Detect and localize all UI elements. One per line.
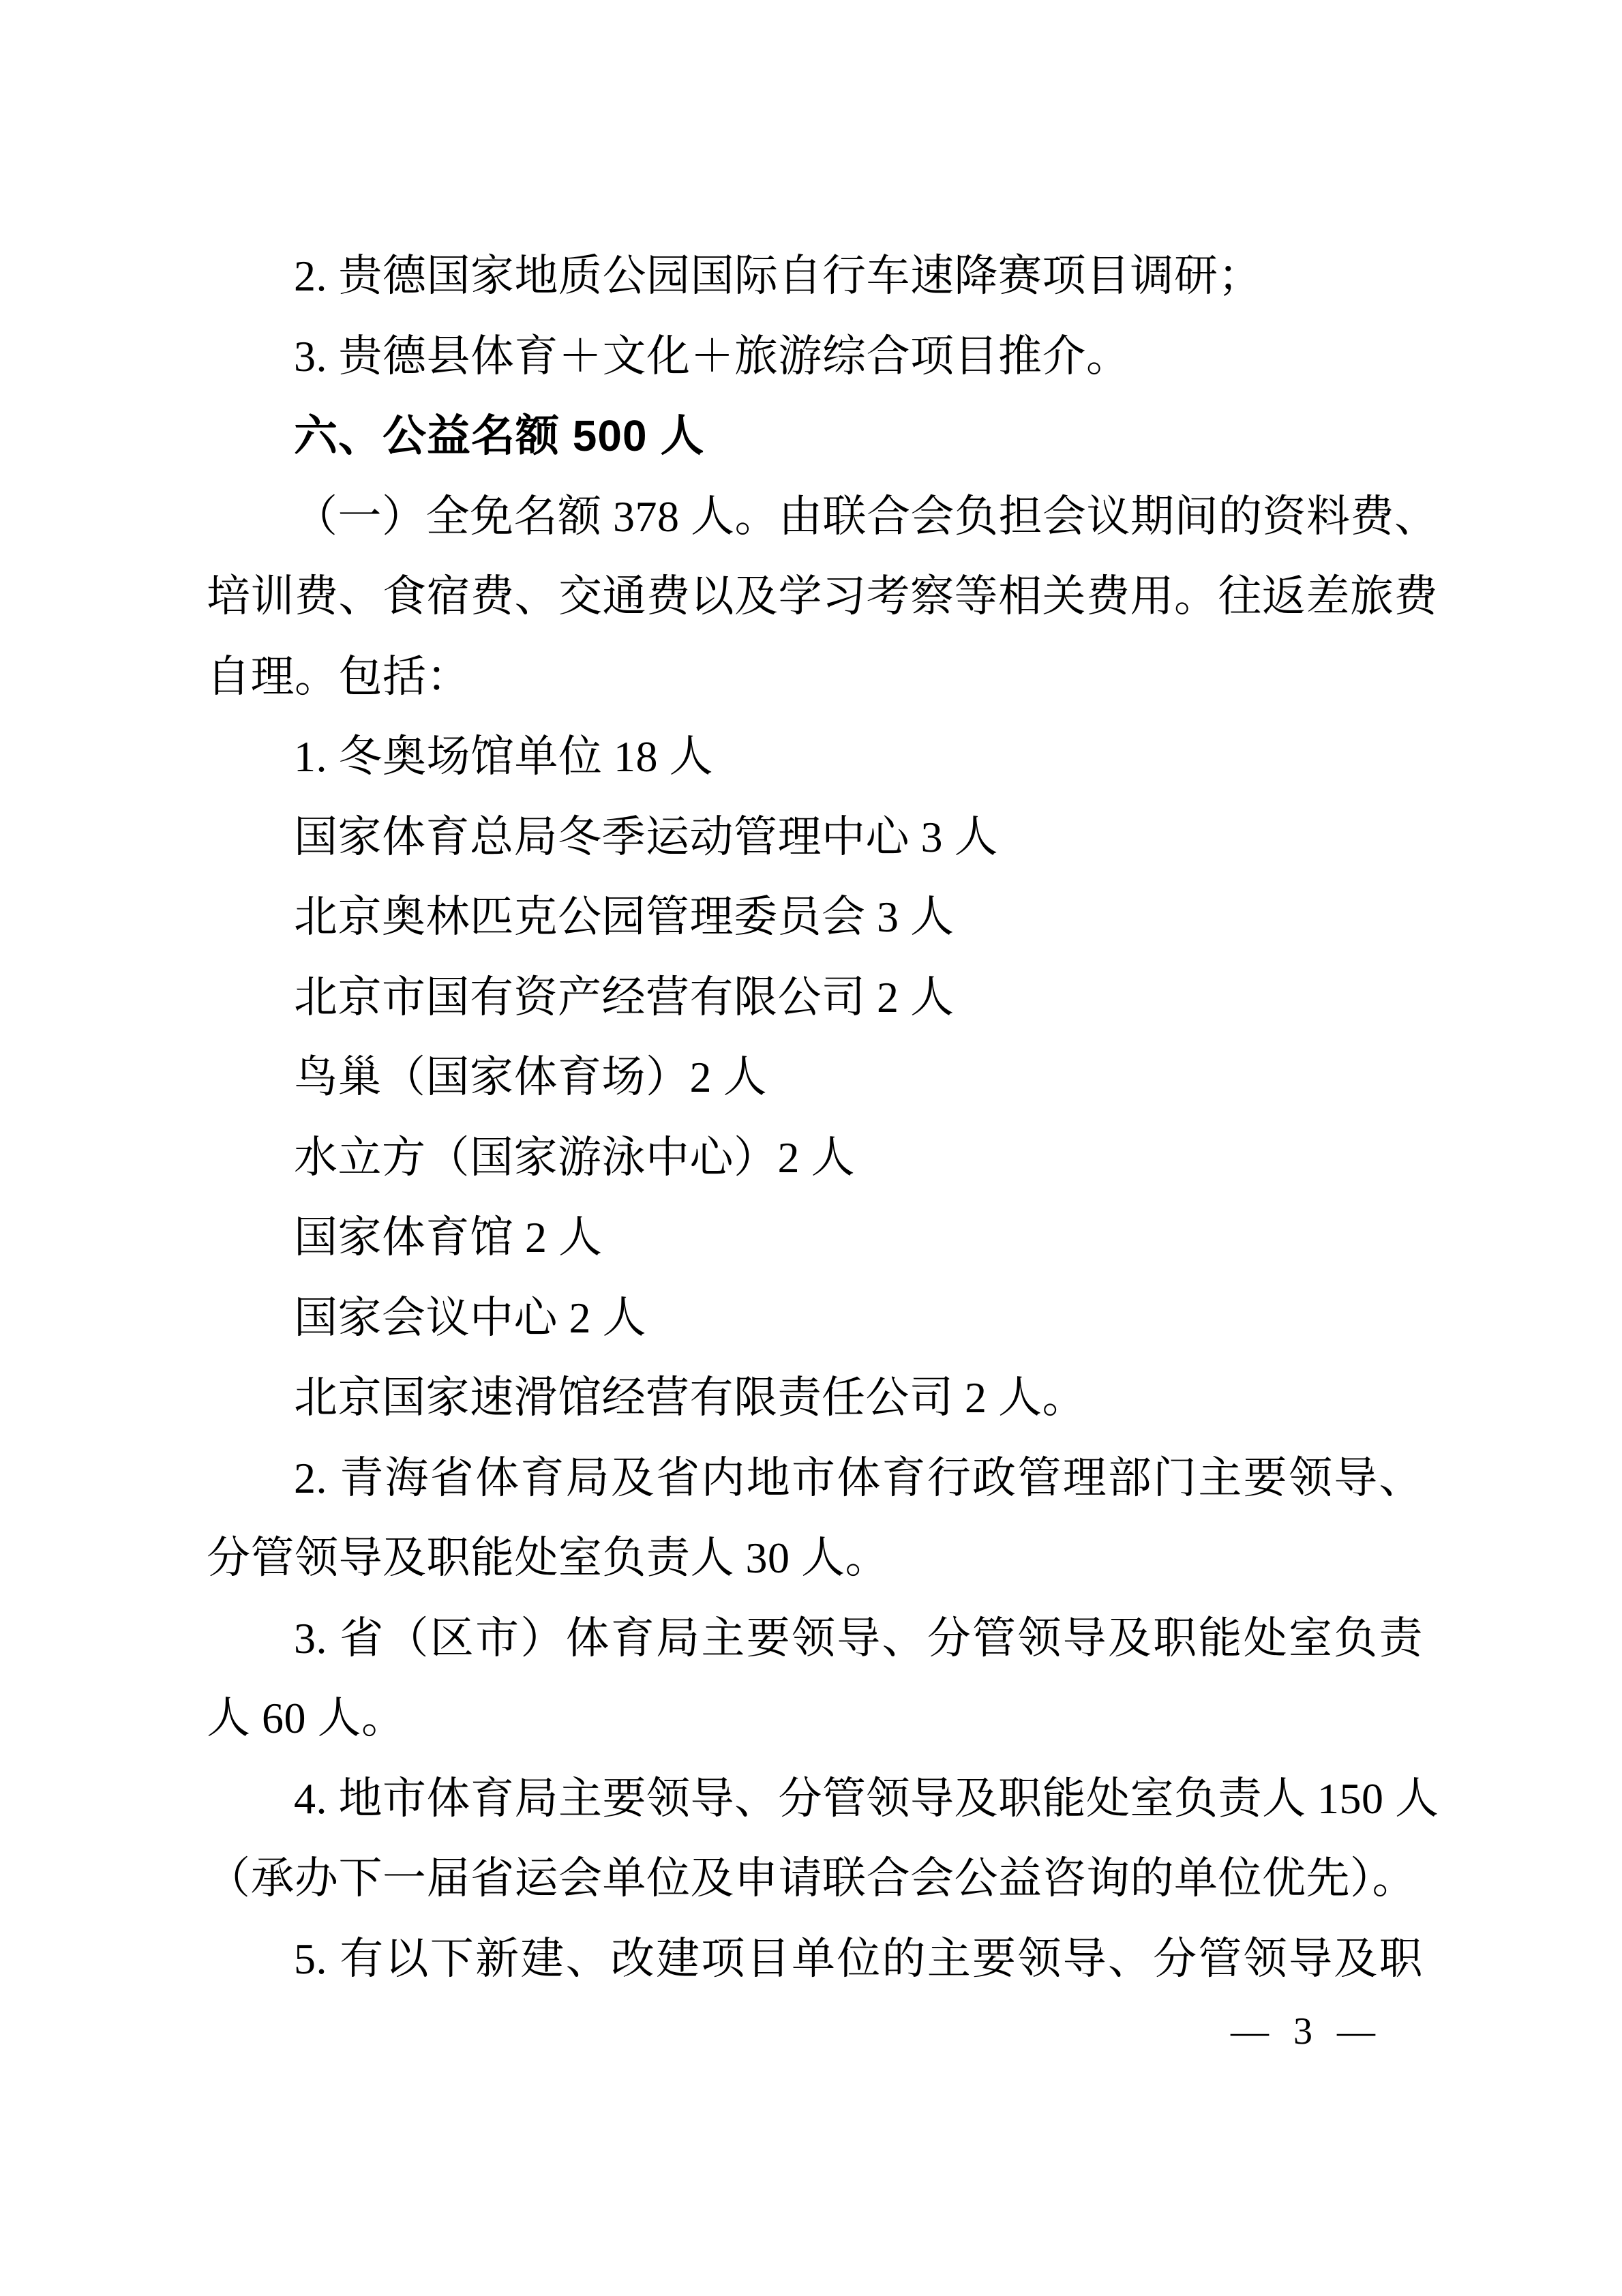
text-line: 人 60 人。 xyxy=(207,1678,1423,1759)
text-line: 培训费、食宿费、交通费以及学习考察等相关费用。往返差旅费 xyxy=(207,556,1423,637)
page-number: — 3 — xyxy=(1231,2009,1375,2054)
text-line: 水立方（国家游泳中心）2 人 xyxy=(207,1118,1423,1198)
text-line: 分管领导及职能处室负责人 30 人。 xyxy=(207,1518,1423,1598)
document-page: 2. 贵德国家地质公园国际自行车速降赛项目调研；3. 贵德县体育＋文化＋旅游综合… xyxy=(0,0,1622,2296)
text-line: 鸟巢（国家体育场）2 人 xyxy=(207,1037,1423,1118)
text-line: 六、公益名额 500 人 xyxy=(207,396,1423,477)
text-line: 1. 冬奥场馆单位 18 人 xyxy=(207,717,1423,797)
text-line: 国家体育总局冬季运动管理中心 3 人 xyxy=(207,797,1423,878)
text-line: 5. 有以下新建、改建项目单位的主要领导、分管领导及职 xyxy=(207,1919,1423,1999)
text-line: 北京国家速滑馆经营有限责任公司 2 人。 xyxy=(207,1358,1423,1438)
text-line: 北京市国有资产经营有限公司 2 人 xyxy=(207,957,1423,1038)
text-line: 3. 省（区市）体育局主要领导、分管领导及职能处室负责 xyxy=(207,1598,1423,1679)
text-line: 国家会议中心 2 人 xyxy=(207,1278,1423,1358)
text-line: 4. 地市体育局主要领导、分管领导及职能处室负责人 150 人 xyxy=(207,1759,1423,1839)
text-line: （承办下一届省运会单位及申请联合会公益咨询的单位优先）。 xyxy=(207,1838,1423,1919)
text-line: 2. 青海省体育局及省内地市体育行政管理部门主要领导、 xyxy=(207,1438,1423,1519)
text-line: 国家体育馆 2 人 xyxy=(207,1197,1423,1278)
text-line: 北京奥林匹克公园管理委员会 3 人 xyxy=(207,877,1423,957)
text-line: 3. 贵德县体育＋文化＋旅游综合项目推介。 xyxy=(207,316,1423,397)
text-line: 2. 贵德国家地质公园国际自行车速降赛项目调研； xyxy=(207,236,1423,316)
document-body: 2. 贵德国家地质公园国际自行车速降赛项目调研；3. 贵德县体育＋文化＋旅游综合… xyxy=(207,236,1423,1999)
text-line: 自理。包括： xyxy=(207,637,1423,717)
text-line: （一）全免名额 378 人。由联合会负担会议期间的资料费、 xyxy=(207,477,1423,557)
